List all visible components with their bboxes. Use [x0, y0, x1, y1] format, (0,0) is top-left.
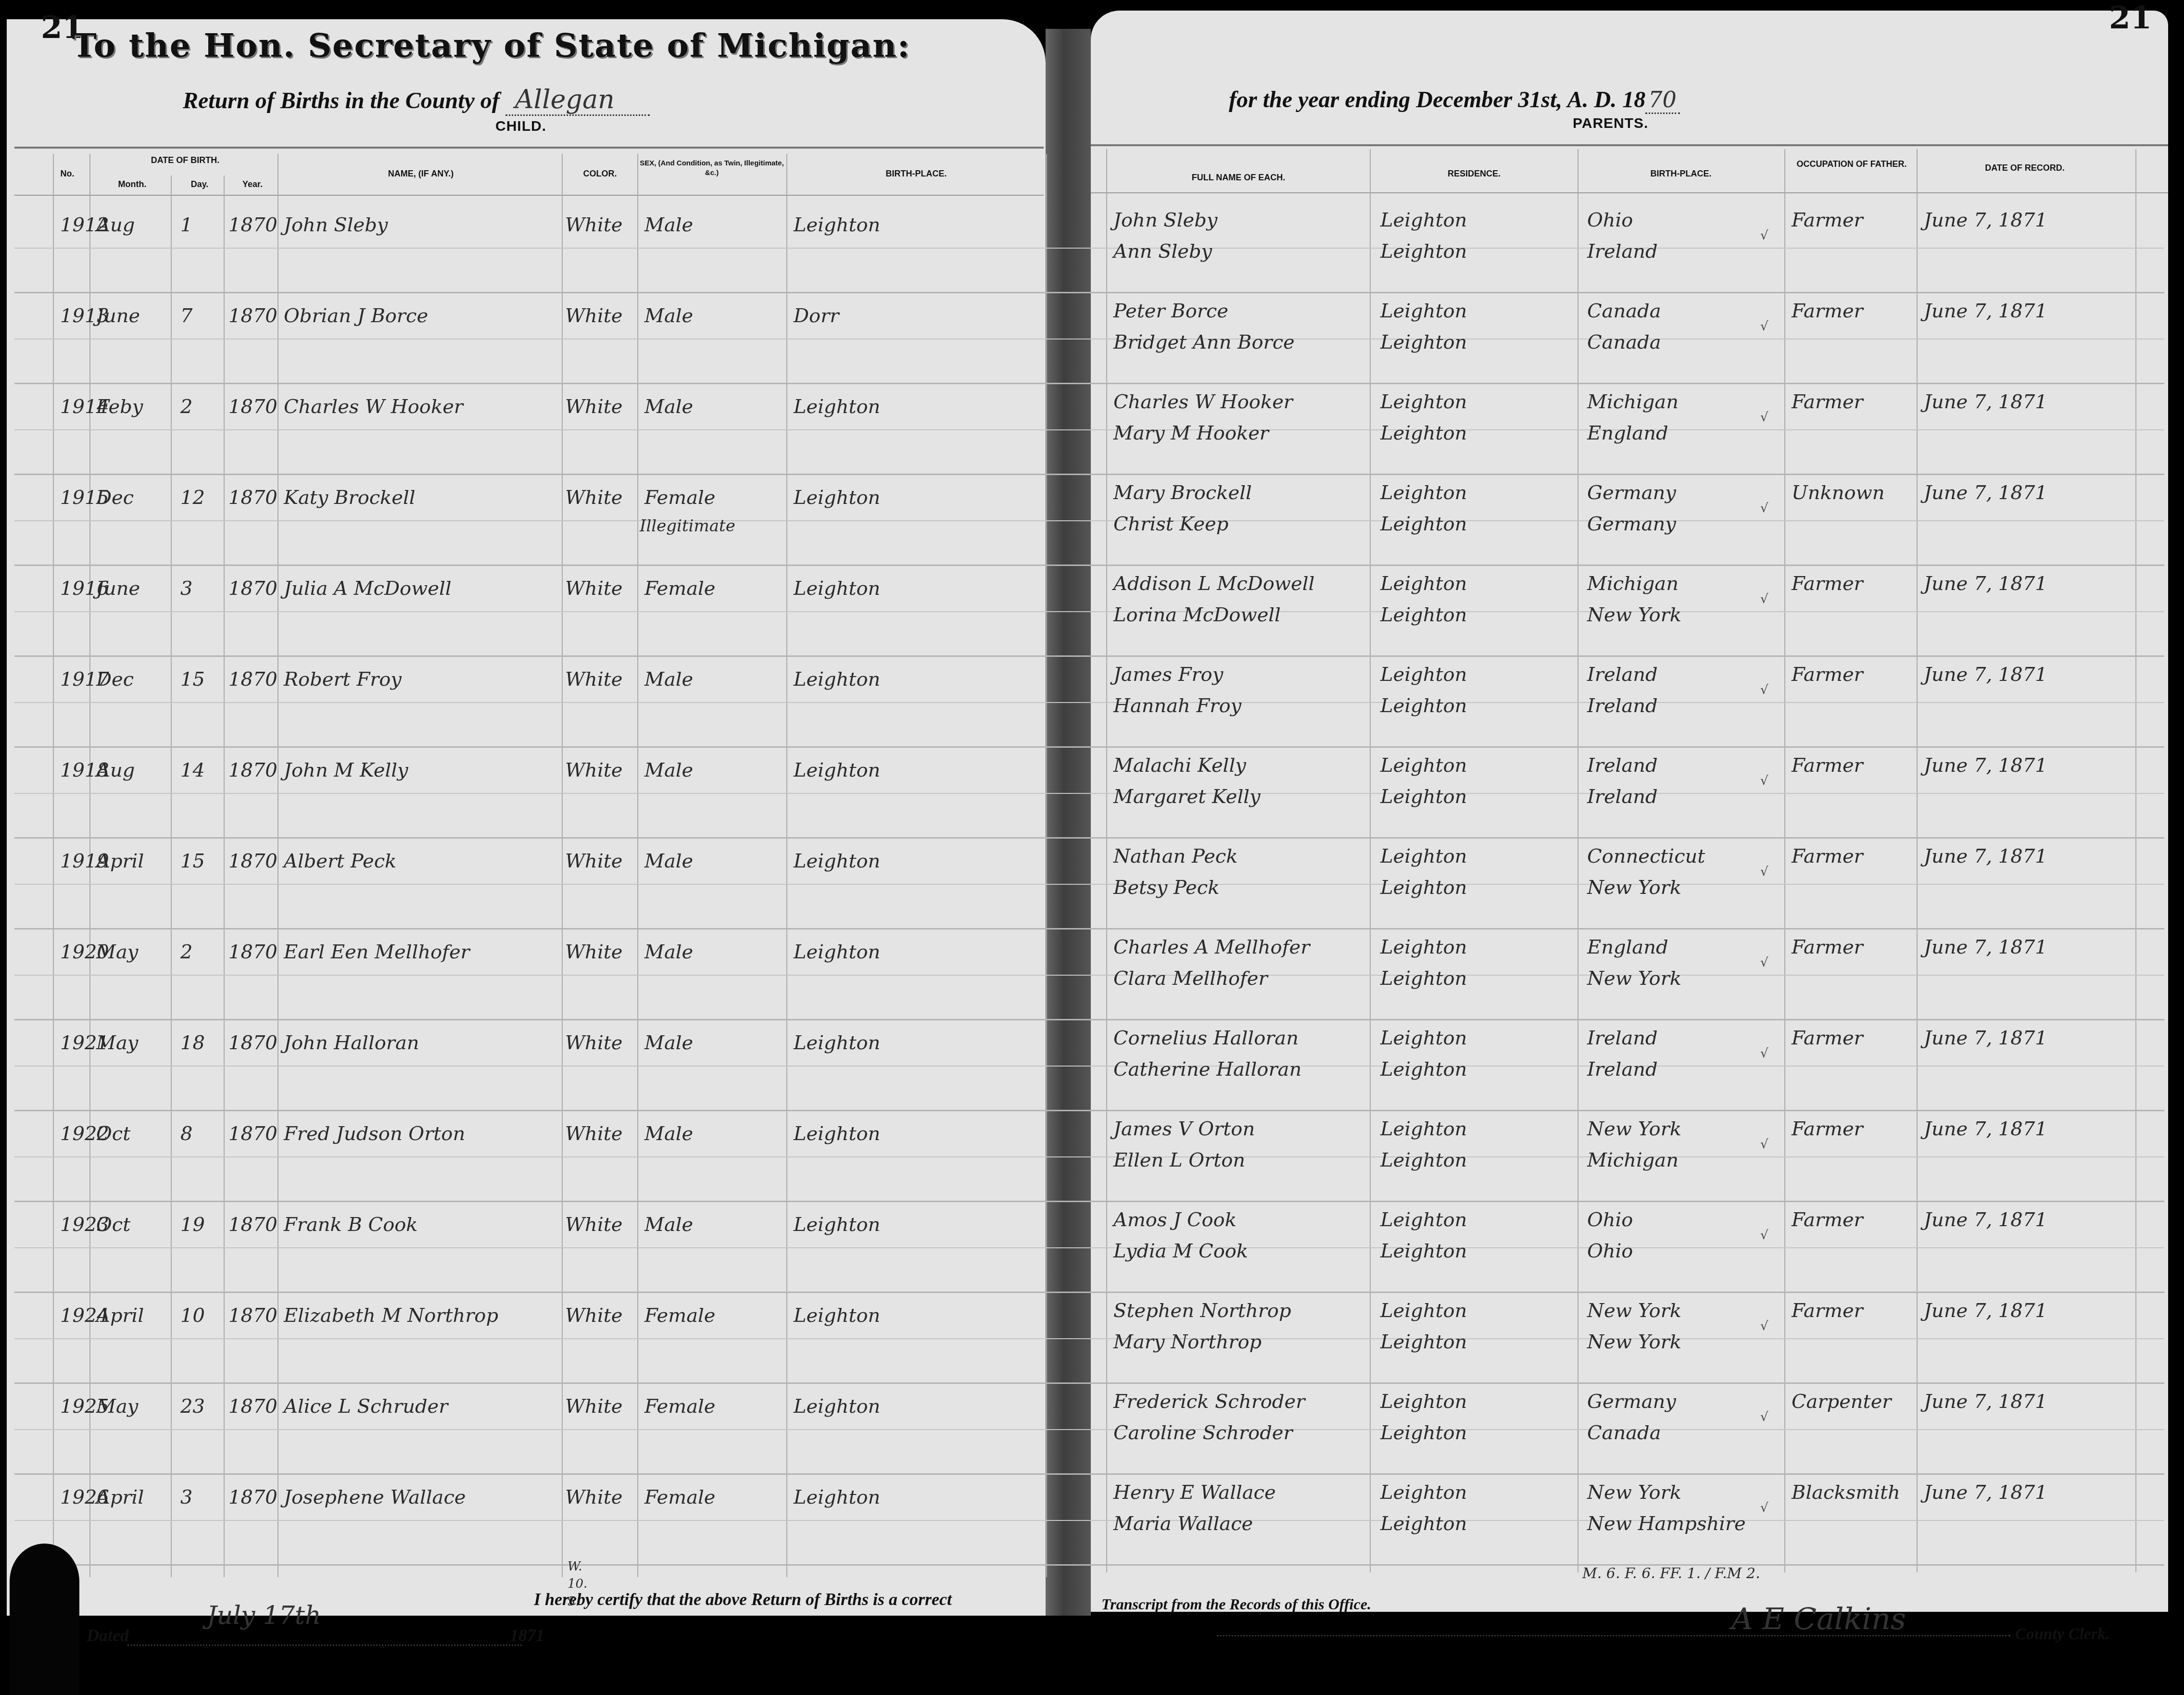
- county-value: Allegan: [505, 84, 650, 116]
- row-ruling: [14, 1066, 2164, 1067]
- birth-month: April: [96, 1305, 144, 1327]
- date-of-record: June 7, 1871: [1924, 664, 2047, 686]
- child-sex: Male: [644, 305, 693, 327]
- father-birth-place: New York: [1587, 1118, 1681, 1140]
- child-color: White: [565, 1486, 622, 1508]
- row-divider: [14, 383, 2164, 384]
- left-page: [7, 19, 1046, 1616]
- birth-month: May: [96, 941, 138, 963]
- father-name: Cornelius Halloran: [1113, 1027, 1299, 1049]
- birth-year: 1870: [228, 1486, 278, 1508]
- mother-birth-place: New York: [1587, 877, 1681, 899]
- mother-name: Lydia M Cook: [1113, 1240, 1248, 1262]
- certify-text: I hereby certify that the above Return o…: [534, 1589, 952, 1609]
- child-name: Katy Brockell: [284, 487, 416, 509]
- father-occupation: Farmer: [1792, 1027, 1863, 1049]
- mother-birth-place: New Hampshire: [1587, 1513, 1746, 1535]
- father-birth-place: Canada: [1587, 300, 1661, 322]
- child-name: Obrian J Borce: [284, 305, 428, 327]
- birth-month: April: [96, 850, 144, 872]
- col-rule: [171, 176, 172, 1577]
- birth-day: 14: [180, 759, 205, 781]
- mother-residence: Leighton: [1380, 240, 1467, 263]
- mother-birth-place: Ireland: [1587, 1058, 1658, 1080]
- col-rule: [1578, 149, 1578, 1572]
- row-ruling: [14, 248, 2164, 249]
- father-occupation: Farmer: [1792, 300, 1863, 322]
- child-color: White: [565, 487, 622, 509]
- father-name: Malachi Kelly: [1113, 754, 1246, 777]
- child-color: White: [565, 396, 622, 418]
- father-birth-place: Germany: [1587, 1391, 1676, 1413]
- father-name: Amos J Cook: [1113, 1209, 1237, 1231]
- mother-residence: Leighton: [1380, 1331, 1467, 1353]
- clerk-title: County Clerk.: [2015, 1625, 2109, 1644]
- child-sex: Female: [644, 1305, 715, 1327]
- check-mark-icon: √: [1760, 1046, 1768, 1061]
- date-of-record: June 7, 1871: [1924, 391, 2047, 413]
- col-rule: [278, 154, 278, 1577]
- child-color: White: [565, 305, 622, 327]
- date-of-record: June 7, 1871: [1924, 1118, 2047, 1140]
- birth-month: Dec: [96, 487, 134, 509]
- mother-residence: Leighton: [1380, 1513, 1467, 1535]
- father-name: John Sleby: [1113, 209, 1217, 231]
- child-sex: Male: [644, 1123, 693, 1145]
- father-birth-place: Ireland: [1587, 1027, 1658, 1049]
- return-of-births-line: Return of Births in the County of Allega…: [183, 84, 650, 116]
- dated-line: [127, 1645, 522, 1646]
- birth-year: 1870: [228, 1123, 278, 1145]
- child-birth-place: Leighton: [794, 1214, 880, 1236]
- mother-residence: Leighton: [1380, 967, 1467, 990]
- father-name: Charles A Mellhofer: [1113, 936, 1310, 958]
- birth-year: 1870: [228, 305, 278, 327]
- col-header-day: Day.: [173, 179, 226, 190]
- row-ruling: [14, 884, 2164, 885]
- child-name: Julia A McDowell: [284, 578, 452, 600]
- child-birth-place: Leighton: [794, 396, 880, 418]
- birth-month: June: [96, 578, 140, 600]
- birth-year: 1870: [228, 668, 278, 691]
- father-birth-place: New York: [1587, 1300, 1681, 1322]
- mother-birth-place: Michigan: [1587, 1149, 1679, 1171]
- col-header-occupation: OCCUPATION OF FATHER.: [1787, 159, 1917, 170]
- return-label: Return of Births in the County of: [183, 88, 500, 113]
- child-birth-place: Leighton: [794, 487, 880, 509]
- mother-birth-place: Ireland: [1587, 240, 1658, 263]
- child-color: White: [565, 668, 622, 691]
- father-name: Stephen Northrop: [1113, 1300, 1291, 1322]
- col-rule: [1370, 149, 1371, 1572]
- child-name: Albert Peck: [284, 850, 396, 872]
- father-occupation: Farmer: [1792, 1118, 1863, 1140]
- father-residence: Leighton: [1380, 482, 1467, 504]
- father-birth-place: Ohio: [1587, 1209, 1633, 1231]
- father-residence: Leighton: [1380, 754, 1467, 777]
- row-divider: [14, 655, 2164, 657]
- dated-value: July 17th: [207, 1601, 321, 1630]
- row-ruling: [14, 520, 2164, 521]
- child-color: White: [565, 759, 622, 781]
- col-rule: [53, 154, 54, 1577]
- birth-day: 7: [180, 305, 192, 327]
- birth-year: 1870: [228, 850, 278, 872]
- birth-day: 23: [180, 1395, 205, 1418]
- mother-name: Lorina McDowell: [1113, 604, 1281, 626]
- col-rule: [637, 154, 638, 1577]
- father-name: Peter Borce: [1113, 300, 1228, 322]
- birth-day: 2: [180, 941, 192, 963]
- row-divider: [14, 292, 2164, 293]
- check-mark-icon: √: [1760, 1501, 1768, 1515]
- check-mark-icon: √: [1760, 592, 1768, 606]
- mother-residence: Leighton: [1380, 786, 1467, 808]
- child-sex: Male: [644, 214, 693, 236]
- father-residence: Leighton: [1380, 1118, 1467, 1140]
- father-name: James Froy: [1113, 664, 1223, 686]
- row-divider: [14, 1564, 2164, 1566]
- mother-birth-place: New York: [1587, 1331, 1681, 1353]
- birth-day: 15: [180, 668, 205, 691]
- col-header-parent-birth-place: BIRTH-PLACE.: [1578, 168, 1784, 179]
- col-header-parent-full-name: FULL NAME OF EACH.: [1106, 172, 1371, 183]
- transcript-text: Transcript from the Records of this Offi…: [1101, 1595, 1371, 1613]
- mother-residence: Leighton: [1380, 513, 1467, 535]
- birth-year: 1870: [228, 1395, 278, 1418]
- birth-day: 12: [180, 487, 205, 509]
- date-of-record: June 7, 1871: [1924, 573, 2047, 595]
- child-birth-place: Leighton: [794, 1123, 880, 1145]
- mother-residence: Leighton: [1380, 1240, 1467, 1262]
- child-color: White: [565, 1032, 622, 1054]
- child-sex: Female: [644, 578, 715, 600]
- check-mark-icon: √: [1760, 1137, 1768, 1152]
- child-color: White: [565, 941, 622, 963]
- child-name: Elizabeth M Northrop: [284, 1305, 498, 1327]
- father-occupation: Farmer: [1792, 845, 1863, 867]
- child-name: John Sleby: [284, 214, 388, 236]
- father-residence: Leighton: [1380, 1391, 1467, 1413]
- father-residence: Leighton: [1380, 573, 1467, 595]
- father-residence: Leighton: [1380, 300, 1467, 322]
- father-occupation: Farmer: [1792, 391, 1863, 413]
- father-birth-place: Michigan: [1587, 391, 1679, 413]
- child-section-label: CHILD.: [495, 118, 546, 135]
- child-birth-place: Leighton: [794, 578, 880, 600]
- father-residence: Leighton: [1380, 936, 1467, 958]
- col-header-date-of-record: DATE OF RECORD.: [1919, 163, 2131, 174]
- child-name: Frank B Cook: [284, 1214, 418, 1236]
- row-ruling: [14, 429, 2164, 430]
- check-mark-icon: √: [1760, 501, 1768, 515]
- child-birth-place: Leighton: [794, 1305, 880, 1327]
- header-bottom-right: [1091, 192, 2168, 193]
- mother-birth-place: Ireland: [1587, 695, 1658, 717]
- col-header-month: Month.: [91, 179, 173, 190]
- child-sex: Male: [644, 396, 693, 418]
- check-mark-icon: √: [1760, 1228, 1768, 1243]
- check-mark-icon: √: [1760, 774, 1768, 788]
- check-mark-icon: √: [1760, 865, 1768, 879]
- birth-day: 10: [180, 1305, 205, 1327]
- birth-month: April: [96, 1486, 144, 1508]
- row-ruling: [14, 702, 2164, 703]
- check-mark-icon: √: [1760, 1319, 1768, 1333]
- father-birth-place: Ohio: [1587, 209, 1633, 231]
- birth-year: 1870: [228, 759, 278, 781]
- row-ruling: [14, 1429, 2164, 1430]
- birth-day: 15: [180, 850, 205, 872]
- birth-year: 1870: [228, 1032, 278, 1054]
- mother-residence: Leighton: [1380, 1058, 1467, 1080]
- father-birth-place: New York: [1587, 1482, 1681, 1504]
- date-of-record: June 7, 1871: [1924, 209, 2047, 231]
- mother-birth-place: Ohio: [1587, 1240, 1633, 1262]
- mother-name: Ellen L Orton: [1113, 1149, 1245, 1171]
- mother-name: Catherine Halloran: [1113, 1058, 1301, 1080]
- mother-birth-place: Ireland: [1587, 786, 1658, 808]
- row-ruling: [14, 339, 2164, 339]
- birth-day: 18: [180, 1032, 205, 1054]
- col-rule: [224, 176, 225, 1577]
- father-residence: Leighton: [1380, 1209, 1467, 1231]
- header-rule-right: [1091, 144, 2168, 146]
- birth-year: 1870: [228, 1214, 278, 1236]
- child-name: John M Kelly: [284, 759, 408, 781]
- ink-blot: [10, 1544, 79, 1695]
- row-divider: [14, 1110, 2164, 1111]
- child-birth-place: Leighton: [794, 850, 880, 872]
- mother-birth-place: Canada: [1587, 1422, 1661, 1444]
- father-occupation: Farmer: [1792, 1209, 1863, 1231]
- child-color: White: [565, 1395, 622, 1418]
- mother-residence: Leighton: [1380, 422, 1467, 444]
- mother-name: Bridget Ann Borce: [1113, 331, 1295, 353]
- child-sex-note: Illegitimate: [640, 516, 735, 536]
- date-of-record: June 7, 1871: [1924, 754, 2047, 777]
- col-header-sex: SEX, (And Condition, as Twin, Illegitima…: [640, 159, 784, 177]
- child-name: Josephene Wallace: [284, 1486, 466, 1508]
- parents-section-label: PARENTS.: [1573, 115, 1648, 132]
- mother-name: Christ Keep: [1113, 513, 1228, 535]
- date-of-record: June 7, 1871: [1924, 300, 2047, 322]
- birth-month: Dec: [96, 668, 134, 691]
- mother-residence: Leighton: [1380, 877, 1467, 899]
- father-occupation: Blacksmith: [1792, 1482, 1900, 1504]
- birth-month: June: [96, 305, 140, 327]
- col-header-residence: RESIDENCE.: [1371, 168, 1578, 179]
- col-rule: [1046, 154, 1047, 1577]
- child-color: White: [565, 578, 622, 600]
- birth-year: 1870: [228, 941, 278, 963]
- mother-name: Hannah Froy: [1113, 695, 1241, 717]
- child-color: White: [565, 214, 622, 236]
- header-bottom-left: [14, 195, 1044, 196]
- father-name: Addison L McDowell: [1113, 573, 1314, 595]
- row-ruling: [14, 793, 2164, 794]
- dated-label: Dated: [87, 1625, 129, 1645]
- mother-residence: Leighton: [1380, 1149, 1467, 1171]
- father-birth-place: England: [1587, 936, 1668, 958]
- child-sex: Female: [644, 1395, 715, 1418]
- father-name: Frederick Schroder: [1113, 1391, 1305, 1413]
- mother-name: Mary Northrop: [1113, 1331, 1262, 1353]
- father-occupation: Farmer: [1792, 664, 1863, 686]
- birth-year: 1870: [228, 1305, 278, 1327]
- father-name: Henry E Wallace: [1113, 1482, 1276, 1504]
- father-name: Mary Brockell: [1113, 482, 1252, 504]
- col-rule: [562, 154, 563, 1577]
- child-color: White: [565, 1305, 622, 1327]
- father-name: Charles W Hooker: [1113, 391, 1293, 413]
- page-number-right: 21: [2109, 0, 2152, 36]
- child-sex: Female: [644, 1486, 715, 1508]
- father-residence: Leighton: [1380, 1027, 1467, 1049]
- col-rule: [1784, 149, 1785, 1572]
- birth-month: May: [96, 1032, 138, 1054]
- tally-summary: M. 6. F. 6. FF. 1. / F.M 2.: [1582, 1565, 1760, 1582]
- date-of-record: June 7, 1871: [1924, 1391, 2047, 1413]
- check-mark-icon: √: [1760, 955, 1768, 970]
- date-of-record: June 7, 1871: [1924, 845, 2047, 867]
- mother-name: Ann Sleby: [1113, 240, 1212, 263]
- child-name: Earl Een Mellhofer: [284, 941, 470, 963]
- row-divider: [14, 1382, 2164, 1384]
- father-residence: Leighton: [1380, 391, 1467, 413]
- mother-birth-place: England: [1587, 422, 1668, 444]
- col-header-name: NAME, (IF ANY.): [279, 168, 563, 179]
- check-mark-icon: √: [1760, 228, 1768, 243]
- col-header-no: No.: [48, 168, 87, 179]
- birth-day: 3: [180, 578, 192, 600]
- father-occupation: Farmer: [1792, 209, 1863, 231]
- row-divider: [14, 1292, 2164, 1293]
- child-birth-place: Leighton: [794, 1032, 880, 1054]
- father-residence: Leighton: [1380, 664, 1467, 686]
- header-rule-left: [14, 147, 1044, 149]
- col-header-date-of-birth: DATE OF BIRTH.: [91, 155, 279, 166]
- date-of-record: June 7, 1871: [1924, 482, 2047, 504]
- col-rule: [786, 154, 787, 1577]
- birth-year: 1870: [228, 487, 278, 509]
- mother-birth-place: New York: [1587, 604, 1681, 626]
- child-sex: Female: [644, 487, 715, 509]
- year-value: 70: [1645, 87, 1680, 114]
- birth-month: Aug: [96, 759, 135, 781]
- father-occupation: Unknown: [1792, 482, 1885, 504]
- birth-year: 1870: [228, 578, 278, 600]
- col-rule: [2135, 149, 2136, 1572]
- mother-name: Maria Wallace: [1113, 1513, 1253, 1535]
- row-divider: [14, 928, 2164, 929]
- child-color: White: [565, 1214, 622, 1236]
- birth-year: 1870: [228, 396, 278, 418]
- mother-name: Mary M Hooker: [1113, 422, 1269, 444]
- birth-day: 3: [180, 1486, 192, 1508]
- child-sex: Male: [644, 1214, 693, 1236]
- col-header-year: Year.: [226, 179, 279, 190]
- book-gutter: [1046, 29, 1091, 1616]
- birth-month: Oct: [96, 1123, 130, 1145]
- father-residence: Leighton: [1380, 209, 1467, 231]
- father-name: Nathan Peck: [1113, 845, 1237, 867]
- mother-birth-place: New York: [1587, 967, 1681, 990]
- child-name: Robert Froy: [284, 668, 402, 691]
- year-label: for the year ending December 31st, A. D.…: [1229, 87, 1645, 113]
- date-of-record: June 7, 1871: [1924, 1027, 2047, 1049]
- row-ruling: [14, 1338, 2164, 1339]
- col-header-birth-place: BIRTH-PLACE.: [789, 168, 1044, 179]
- child-name: Alice L Schruder: [284, 1395, 448, 1418]
- child-birth-place: Leighton: [794, 941, 880, 963]
- father-name: James V Orton: [1113, 1118, 1255, 1140]
- mother-residence: Leighton: [1380, 695, 1467, 717]
- row-ruling: [14, 1156, 2164, 1157]
- child-sex: Male: [644, 1032, 693, 1054]
- date-of-record: June 7, 1871: [1924, 1482, 2047, 1504]
- child-color: White: [565, 1123, 622, 1145]
- child-birth-place: Leighton: [794, 759, 880, 781]
- mother-name: Betsy Peck: [1113, 877, 1219, 899]
- father-birth-place: Connecticut: [1587, 845, 1705, 867]
- mother-residence: Leighton: [1380, 604, 1467, 626]
- birth-day: 8: [180, 1123, 192, 1145]
- mother-name: Margaret Kelly: [1113, 786, 1261, 808]
- birth-month: Feby: [96, 396, 143, 418]
- birth-day: 1: [180, 214, 192, 236]
- date-of-record: June 7, 1871: [1924, 936, 2047, 958]
- child-birth-place: Dorr: [794, 305, 839, 327]
- child-birth-place: Leighton: [794, 1395, 880, 1418]
- row-ruling: [14, 1520, 2164, 1521]
- father-occupation: Farmer: [1792, 1300, 1863, 1322]
- father-birth-place: Germany: [1587, 482, 1676, 504]
- col-header-color: COLOR.: [563, 168, 637, 179]
- child-name: Fred Judson Orton: [284, 1123, 465, 1145]
- mother-residence: Leighton: [1380, 331, 1467, 353]
- child-sex: Male: [644, 759, 693, 781]
- mother-name: Caroline Schroder: [1113, 1422, 1293, 1444]
- check-mark-icon: √: [1760, 1410, 1768, 1424]
- father-occupation: Carpenter: [1792, 1391, 1891, 1413]
- birth-day: 2: [180, 396, 192, 418]
- row-ruling: [14, 1247, 2164, 1248]
- page-title: To the Hon. Secretary of State of Michig…: [72, 26, 910, 65]
- row-ruling: [14, 611, 2164, 612]
- father-occupation: Farmer: [1792, 936, 1863, 958]
- row-divider: [14, 474, 2164, 475]
- father-occupation: Farmer: [1792, 573, 1863, 595]
- child-color: White: [565, 850, 622, 872]
- dated-year: 1871: [510, 1625, 544, 1645]
- child-name: Charles W Hooker: [284, 396, 463, 418]
- father-residence: Leighton: [1380, 845, 1467, 867]
- child-sex: Male: [644, 850, 693, 872]
- col-rule: [1917, 149, 1918, 1572]
- row-divider: [14, 1201, 2164, 1202]
- father-birth-place: Ireland: [1587, 754, 1658, 777]
- father-residence: Leighton: [1380, 1482, 1467, 1504]
- child-birth-place: Leighton: [794, 214, 880, 236]
- mother-birth-place: Canada: [1587, 331, 1661, 353]
- birth-year: 1870: [228, 214, 278, 236]
- birth-month: May: [96, 1395, 138, 1418]
- clerk-signature: A E Calkins: [1731, 1601, 1906, 1636]
- father-occupation: Farmer: [1792, 754, 1863, 777]
- birth-month: Aug: [96, 214, 135, 236]
- child-sex: Male: [644, 941, 693, 963]
